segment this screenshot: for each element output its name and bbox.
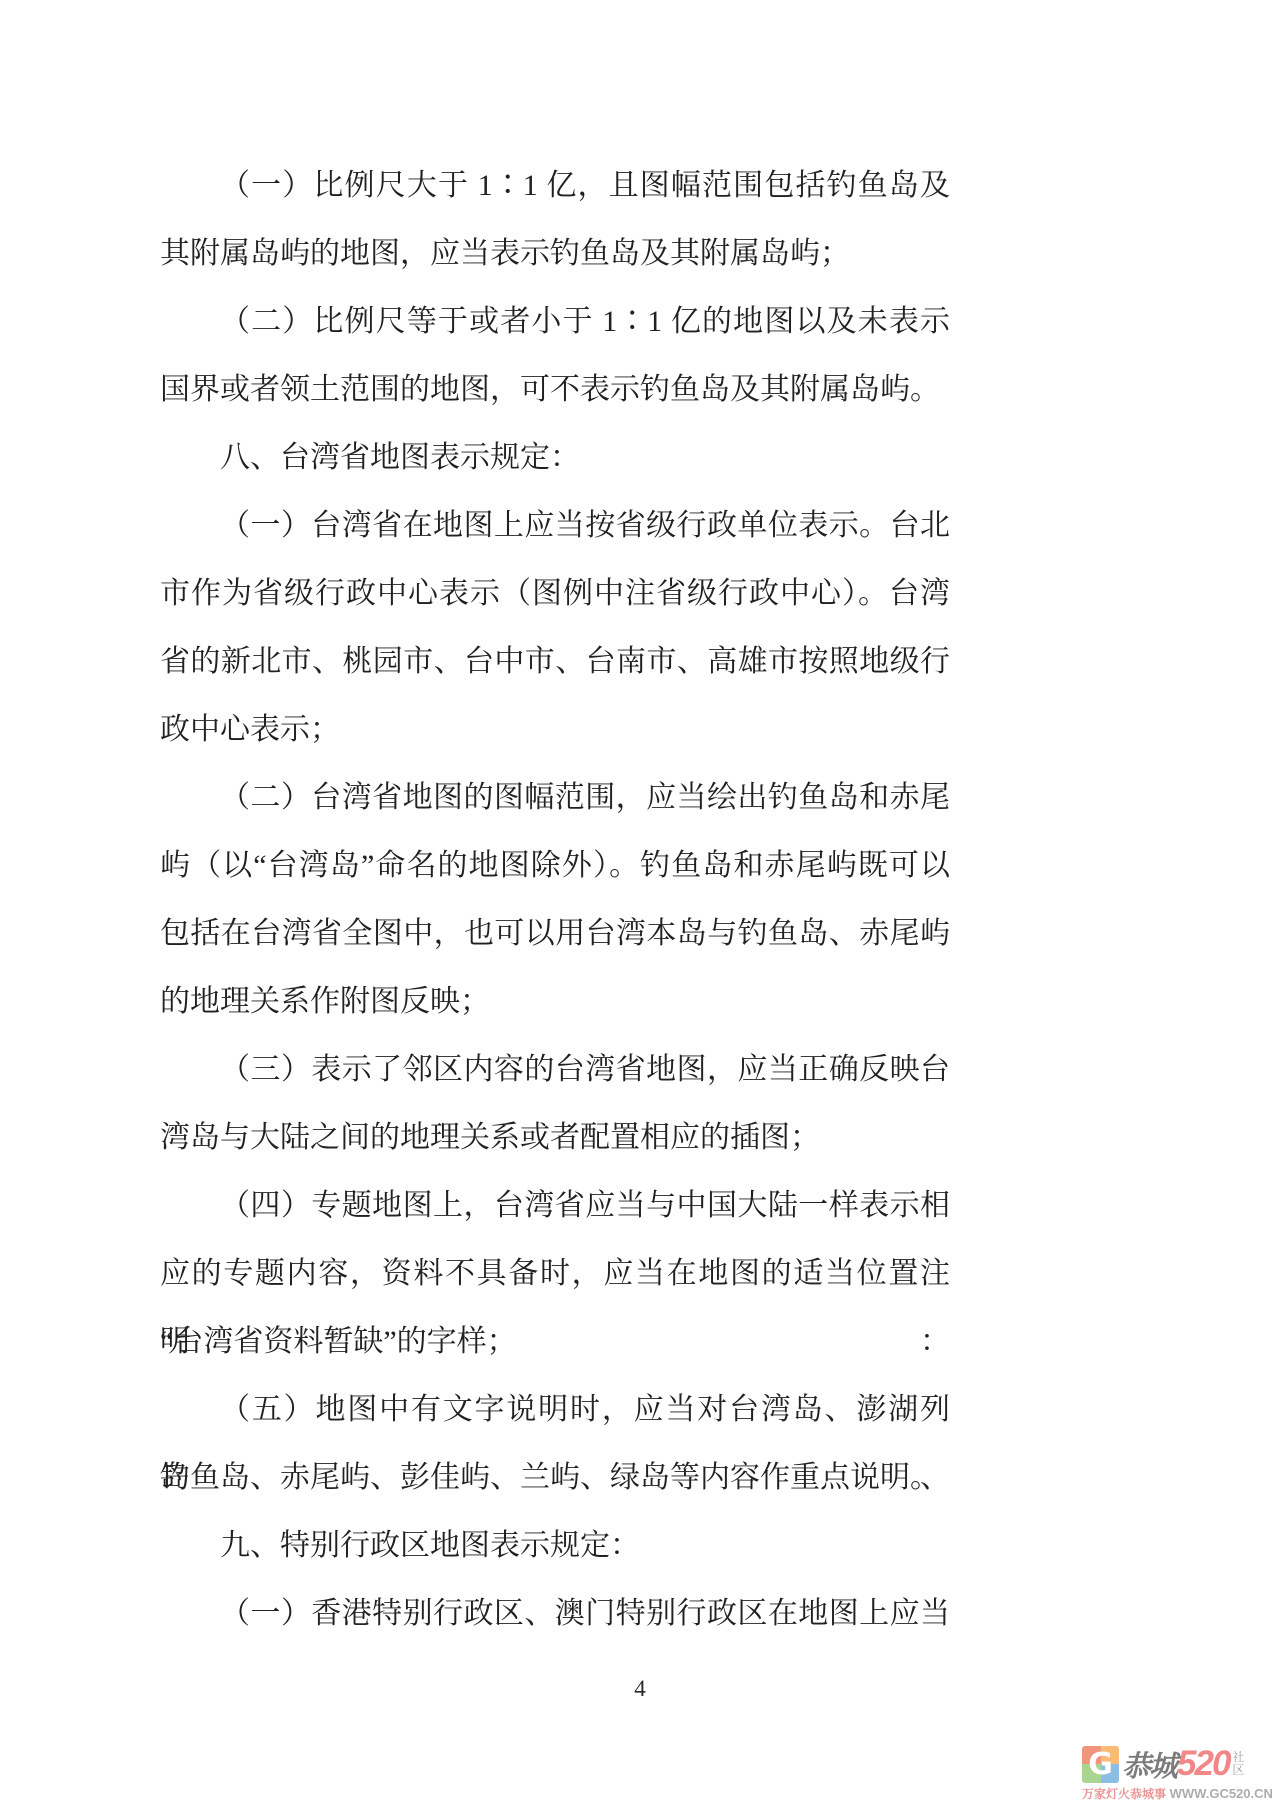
document-page: （一）比例尺大于 1∶1 亿，且图幅范围包括钓鱼岛及其附属岛屿的地图，应当表示钓… bbox=[0, 0, 1280, 1810]
paragraph: （一）台湾省在地图上应当按省级行政单位表示。台北市作为省级行政中心表示（图例中注… bbox=[160, 492, 950, 764]
text-line: （四）专题地图上，台湾省应当与中国大陆一样表示相 bbox=[160, 1172, 950, 1240]
paragraph: （二）比例尺等于或者小于 1∶1 亿的地图以及未表示国界或者领土范围的地图，可不… bbox=[160, 288, 950, 424]
paragraph: （五）地图中有文字说明时，应当对台湾岛、澎湖列岛、钓鱼岛、赤尾屿、彭佳屿、兰屿、… bbox=[160, 1376, 950, 1512]
paragraph: （一）香港特别行政区、澳门特别行政区在地图上应当 bbox=[160, 1580, 950, 1648]
text-line: 其附属岛屿的地图，应当表示钓鱼岛及其附属岛屿； bbox=[160, 220, 950, 288]
text-line: 国界或者领土范围的地图，可不表示钓鱼岛及其附属岛屿。 bbox=[160, 356, 950, 424]
text-line: （一）比例尺大于 1∶1 亿，且图幅范围包括钓鱼岛及 bbox=[160, 152, 950, 220]
text-line: （一）香港特别行政区、澳门特别行政区在地图上应当 bbox=[160, 1580, 950, 1648]
document-body: （一）比例尺大于 1∶1 亿，且图幅范围包括钓鱼岛及其附属岛屿的地图，应当表示钓… bbox=[160, 152, 950, 1648]
text-line: 应的专题内容，资料不具备时，应当在地图的适当位置注明： bbox=[160, 1240, 950, 1308]
watermark-brand-row: G 恭城 520 社 区 bbox=[1082, 1744, 1272, 1784]
logo-g-glyph: G bbox=[1082, 1746, 1119, 1783]
community-badge: 社 区 bbox=[1232, 1751, 1244, 1777]
text-line: 八、台湾省地图表示规定： bbox=[160, 424, 950, 492]
watermark: G 恭城 520 社 区 万家灯火恭城事 WWW.GC520.CN bbox=[1082, 1744, 1272, 1802]
tagline: 万家灯火恭城事 bbox=[1082, 1787, 1166, 1801]
paragraph: （二）台湾省地图的图幅范围，应当绘出钓鱼岛和赤尾屿（以“台湾岛”命名的地图除外）… bbox=[160, 764, 950, 1036]
text-line: （三）表示了邻区内容的台湾省地图，应当正确反映台 bbox=[160, 1036, 950, 1104]
text-line: 省的新北市、桃园市、台中市、台南市、高雄市按照地级行 bbox=[160, 628, 950, 696]
site-url: WWW.GC520.CN bbox=[1170, 1786, 1273, 1801]
brand-number: 520 bbox=[1177, 1744, 1229, 1784]
community-badge-bottom: 区 bbox=[1232, 1764, 1244, 1777]
text-line: 钓鱼岛、赤尾屿、彭佳屿、兰屿、绿岛等内容作重点说明。 bbox=[160, 1444, 950, 1512]
page-number: 4 bbox=[0, 1676, 1280, 1702]
paragraph: 九、特别行政区地图表示规定： bbox=[160, 1512, 950, 1580]
text-line: 的地理关系作附图反映； bbox=[160, 968, 950, 1036]
text-line: （五）地图中有文字说明时，应当对台湾岛、澎湖列岛、 bbox=[160, 1376, 950, 1444]
gc520-logo-icon: G bbox=[1082, 1746, 1119, 1783]
text-line: （二）台湾省地图的图幅范围，应当绘出钓鱼岛和赤尾 bbox=[160, 764, 950, 832]
paragraph: （一）比例尺大于 1∶1 亿，且图幅范围包括钓鱼岛及其附属岛屿的地图，应当表示钓… bbox=[160, 152, 950, 288]
watermark-tagline-row: 万家灯火恭城事 WWW.GC520.CN bbox=[1082, 1785, 1272, 1802]
paragraph: （四）专题地图上，台湾省应当与中国大陆一样表示相应的专题内容，资料不具备时，应当… bbox=[160, 1172, 950, 1376]
text-line: 湾岛与大陆之间的地理关系或者配置相应的插图； bbox=[160, 1104, 950, 1172]
text-line: 政中心表示； bbox=[160, 696, 950, 764]
brand-name: 恭城 bbox=[1122, 1744, 1176, 1785]
text-line: （二）比例尺等于或者小于 1∶1 亿的地图以及未表示 bbox=[160, 288, 950, 356]
paragraph: （三）表示了邻区内容的台湾省地图，应当正确反映台湾岛与大陆之间的地理关系或者配置… bbox=[160, 1036, 950, 1172]
text-line: （一）台湾省在地图上应当按省级行政单位表示。台北 bbox=[160, 492, 950, 560]
paragraph: 八、台湾省地图表示规定： bbox=[160, 424, 950, 492]
text-line: 九、特别行政区地图表示规定： bbox=[160, 1512, 950, 1580]
text-line: 包括在台湾省全图中，也可以用台湾本岛与钓鱼岛、赤尾屿 bbox=[160, 900, 950, 968]
text-line: 屿（以“台湾岛”命名的地图除外）。钓鱼岛和赤尾屿既可以 bbox=[160, 832, 950, 900]
text-line: 市作为省级行政中心表示（图例中注省级行政中心）。台湾 bbox=[160, 560, 950, 628]
